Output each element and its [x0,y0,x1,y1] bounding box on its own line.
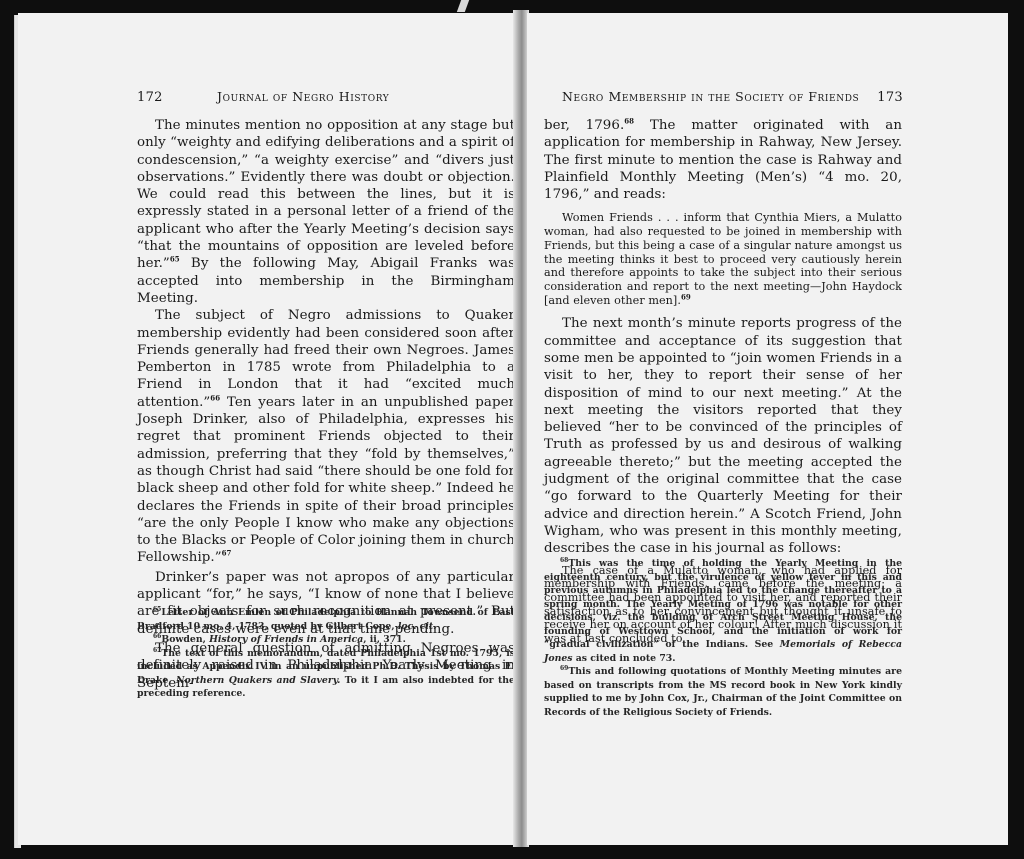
paragraph: The next month’s minute reports progress… [544,315,902,557]
paragraph: ber, 1796.68 The matter originated with … [544,117,902,203]
right-page: Negro Membership in the Society of Frien… [527,13,1008,845]
page-number: 173 [877,90,903,105]
page-number: 172 [137,90,217,105]
left-footnotes: 65Letter of Ann Emlen of Philadelphia to… [137,606,515,701]
left-running-header: 172 Journal of Negro History [137,89,515,109]
right-footnotes: 68This was the time of holding the Yearl… [544,557,902,719]
footnote: 68This was the time of holding the Yearl… [544,557,902,665]
footnote: 69This and following quotations of Month… [544,665,902,719]
footnote: 67The text of this memorandum, dated Phi… [137,647,515,701]
bookmark-tab [457,0,469,12]
running-head: Negro Membership in the Society of Frien… [562,89,859,104]
paragraph: The minutes mention no opposition at any… [137,117,515,307]
left-page: 172 Journal of Negro History The minutes… [18,13,516,845]
footnote: 66Bowden, History of Friends in America,… [137,633,515,647]
paragraph: The subject of Negro admissions to Quake… [137,307,515,566]
footnote: 65Letter of Ann Emlen of Philadelphia to… [137,606,515,633]
right-running-header: Negro Membership in the Society of Frien… [557,89,903,109]
running-head: Journal of Negro History [217,89,389,104]
block-quote: Women Friends . . . inform that Cynthia … [544,211,902,307]
